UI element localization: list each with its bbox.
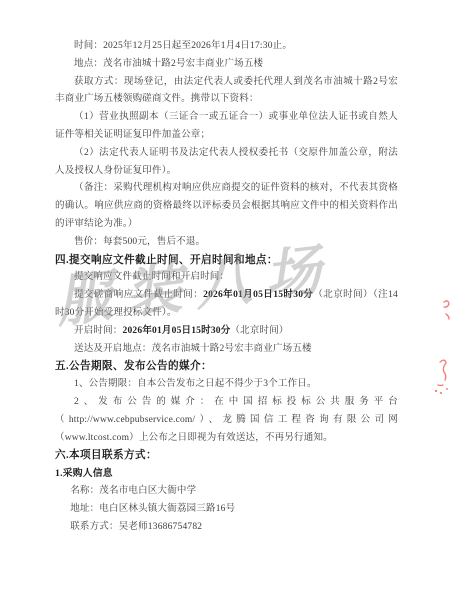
section-6-heading: 六.本项目联系方式： xyxy=(55,447,398,465)
document-page: 时间：2025年12月25日起至2026年1月4日17:30止。 地点：茂名市油… xyxy=(0,0,450,600)
required-doc-item-2: （2）法定代表人证明书及法定代表人授权委托书（交原件加盖公章，附法人及授权人身份… xyxy=(55,145,398,181)
announcement-media-paragraph: 2、发布公告的媒介：在中国招标投标公共服务平台（http://www.cebpu… xyxy=(55,394,398,447)
submit-intro-line: 提交响应文件截止时间和开启时间： xyxy=(55,269,398,287)
open-time-line: 开启时间：2026年01月05日15时30分（北京时间） xyxy=(55,323,398,341)
purchaser-contact-line: 联系方式：吴老师13686754782 xyxy=(55,519,398,537)
section-4-heading: 四.提交响应文件截止时间、开启时间和地点： xyxy=(55,252,398,270)
obtain-method-paragraph: 获取方式：现场登记，由法定代表人或委托代理人到茂名市油城十路2号宏丰商业广场五楼… xyxy=(55,74,398,110)
section-5-heading: 五.公告期限、发布公告的媒介： xyxy=(55,358,398,376)
deadline-datetime: 2026年01月05日15时30分 xyxy=(203,290,313,300)
purchaser-name-line: 名称：茂名市电白区大衙中学 xyxy=(55,483,398,501)
price-line: 售价：每套500元，售后不退。 xyxy=(55,234,398,252)
purchaser-info-heading: 1.采购人信息 xyxy=(55,465,398,483)
announcement-period-line: 1、公告期限：自本公告发布之日起不得少于3个工作日。 xyxy=(55,376,398,394)
obtain-time-line: 时间：2025年12月25日起至2026年1月4日17:30止。 xyxy=(55,38,398,56)
open-time-suffix: （北京时间） xyxy=(230,326,288,336)
deadline-label: 提交磋商响应文件截止时间： xyxy=(74,290,203,300)
purchaser-address-line: 地址：电白区林头镇大衙荔园三路16号 xyxy=(55,501,398,519)
delivery-place-line: 送达及开启地点：茂名市油城十路2号宏丰商业广场五楼 xyxy=(55,341,398,359)
required-doc-item-1: （1）营业执照副本（三证合一或五证合一）或事业单位法人证书或自然人证件等相关证明… xyxy=(55,109,398,145)
announcement-body: 时间：2025年12月25日起至2026年1月4日17:30止。 地点：茂名市油… xyxy=(55,38,398,536)
deadline-line: 提交磋商响应文件截止时间：2026年01月05日15时30分（北京时间）（注14… xyxy=(55,287,398,323)
note-paragraph: （备注：采购代理机构对响应供应商提交的证件资料的核对，不代表其资格的确认。响应供… xyxy=(55,180,398,233)
open-time-datetime: 2026年01月05日15时30分 xyxy=(123,326,231,336)
obtain-place-line: 地点：茂名市油城十路2号宏丰商业广场五楼 xyxy=(55,56,398,74)
red-stamp-fragment xyxy=(424,290,450,410)
open-time-label: 开启时间： xyxy=(74,326,123,336)
